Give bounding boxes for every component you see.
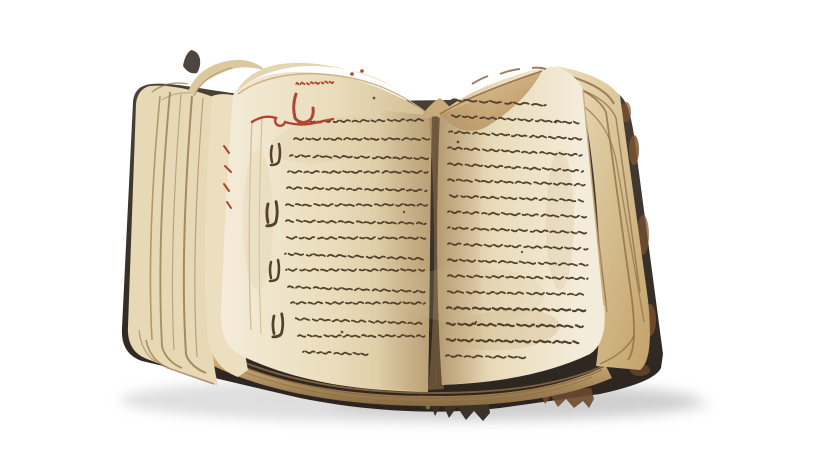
handwriting-line [288,171,428,173]
ink-speck [475,321,477,323]
manuscript-illustration: Antique open manuscript codex [0,0,825,465]
rubric-dot [350,72,354,76]
rubric-dot [360,69,364,73]
left-page [221,63,432,392]
left-page-gutter-shading [376,110,432,392]
parchment-stain [395,267,545,323]
handwriting-line [294,138,429,140]
handwriting-line [285,237,426,239]
ink-speck [555,121,558,124]
manuscript-photo: Antique open manuscript codex [0,0,825,465]
rust-patch [629,135,639,165]
ink-speck [373,97,376,100]
ink-speck [403,211,405,213]
ink-speck [341,331,344,334]
ink-speck [457,141,460,144]
handwriting-line [291,302,425,304]
ink-speck [521,251,523,253]
